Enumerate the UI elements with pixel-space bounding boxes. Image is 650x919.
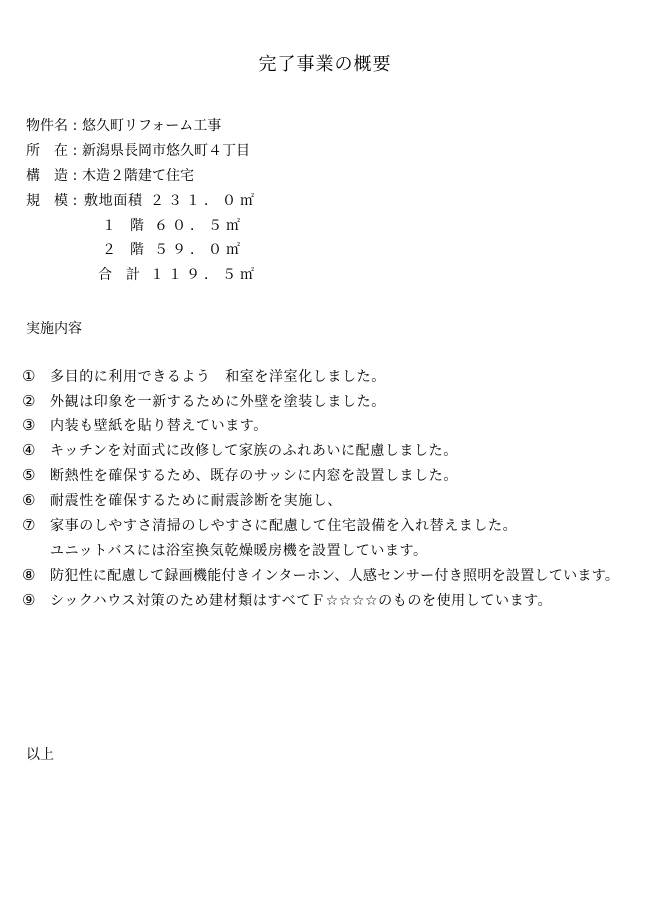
scale-row-value: ５９．０㎡ bbox=[150, 240, 240, 260]
list-item: ⑧防犯性に配慮して録画機能付きインターホン、人感センサー付き照明を設置しています… bbox=[22, 565, 619, 585]
colon: : bbox=[68, 141, 82, 161]
item-text: 家事のしやすさ清掃のしやすさに配慮して住宅設備を入れ替えました。 bbox=[50, 518, 517, 534]
property-name-row: 物件名:悠久町リフォーム工事 bbox=[26, 116, 221, 136]
scale-site-area-row: 敷地面積 ２３１．０㎡ bbox=[84, 191, 254, 211]
item-text: 防犯性に配慮して録画機能付きインターホン、人感センサー付き照明を設置しています。 bbox=[50, 568, 619, 584]
colon: : bbox=[68, 116, 82, 136]
location-row: 所 在:新潟県長岡市悠久町４丁目 bbox=[26, 141, 250, 161]
structure-row: 構 造:木造２階建て住宅 bbox=[26, 166, 194, 186]
item-number: ⑦ bbox=[22, 515, 50, 535]
item-number: ⑥ bbox=[22, 490, 50, 510]
list-item: ①多目的に利用できるよう 和室を洋室化しました。 bbox=[22, 366, 386, 386]
item-number: ② bbox=[22, 391, 50, 411]
closing-text: 以上 bbox=[26, 744, 54, 764]
item-number: ⑤ bbox=[22, 465, 50, 485]
item-text: 多目的に利用できるよう 和室を洋室化しました。 bbox=[50, 369, 386, 385]
section-heading: 実施内容 bbox=[26, 318, 82, 338]
colon: : bbox=[68, 166, 82, 186]
list-item: ⑨シックハウス対策のため建材類はすべてＦ☆☆☆☆のものを使用しています。 bbox=[22, 590, 552, 610]
scale-row-value: １１９．５㎡ bbox=[150, 265, 252, 285]
scale-label: 規 模 bbox=[26, 191, 68, 211]
location-label: 所 在 bbox=[26, 141, 68, 161]
scale-floor1-row: １ 階 ６０．５㎡ bbox=[102, 216, 254, 236]
document-page: 完了事業の概要 物件名:悠久町リフォーム工事 所 在:新潟県長岡市悠久町４丁目 … bbox=[0, 0, 650, 919]
scale-row-value: ６０．５㎡ bbox=[150, 216, 240, 236]
scale-row-label: １ 階 bbox=[102, 216, 138, 236]
list-item: ④キッチンを対面式に改修して家族のふれあいに配慮しました。 bbox=[22, 440, 458, 460]
item-number: ④ bbox=[22, 440, 50, 460]
square-meter-unit: ㎡ bbox=[226, 242, 240, 258]
item-text: 耐震性を確保するために耐震診断を実施し、 bbox=[50, 493, 342, 509]
list-item: ⑦家事のしやすさ清掃のしやすさに配慮して住宅設備を入れ替えました。 bbox=[22, 515, 517, 535]
item-text: 外観は印象を一新するために外壁を塗装しました。 bbox=[50, 394, 386, 410]
colon: : bbox=[68, 191, 82, 211]
document-title: 完了事業の概要 bbox=[0, 50, 650, 76]
item-number: ① bbox=[22, 366, 50, 386]
property-name-value: 悠久町リフォーム工事 bbox=[82, 118, 221, 134]
scale-row-value: ２３１．０㎡ bbox=[150, 191, 240, 211]
square-meter-unit: ㎡ bbox=[240, 193, 254, 209]
location-value: 新潟県長岡市悠久町４丁目 bbox=[82, 143, 250, 159]
scale-floor2-row: ２ 階 ５９．０㎡ bbox=[102, 240, 254, 260]
item-text: キッチンを対面式に改修して家族のふれあいに配慮しました。 bbox=[50, 443, 458, 459]
scale-total-row: 合 計 １１９．５㎡ bbox=[98, 265, 254, 285]
scale-row-label: 合 計 bbox=[98, 265, 140, 285]
list-item-continuation: ユニットバスには浴室換気乾燥暖房機を設置しています。 bbox=[50, 540, 428, 560]
scale-row-label: ２ 階 bbox=[102, 240, 138, 260]
list-item: ⑤断熱性を確保するため、既存のサッシに内窓を設置しました。 bbox=[22, 465, 458, 485]
square-meter-unit: ㎡ bbox=[226, 218, 240, 234]
square-meter-unit: ㎡ bbox=[240, 267, 254, 283]
item-text: 断熱性を確保するため、既存のサッシに内窓を設置しました。 bbox=[50, 468, 458, 484]
list-item: ②外観は印象を一新するために外壁を塗装しました。 bbox=[22, 391, 386, 411]
property-name-label: 物件名 bbox=[26, 116, 68, 136]
item-text: 内装も壁紙を貼り替えています。 bbox=[50, 418, 268, 434]
list-item: ③内装も壁紙を貼り替えています。 bbox=[22, 415, 268, 435]
list-item: ⑥耐震性を確保するために耐震診断を実施し、 bbox=[22, 490, 342, 510]
item-text: シックハウス対策のため建材類はすべてＦ☆☆☆☆のものを使用しています。 bbox=[50, 593, 552, 609]
scale-row: 規 模: bbox=[26, 191, 82, 211]
structure-value: 木造２階建て住宅 bbox=[82, 168, 194, 184]
scale-row-label: 敷地面積 bbox=[84, 191, 142, 211]
structure-label: 構 造 bbox=[26, 166, 68, 186]
item-number: ③ bbox=[22, 415, 50, 435]
item-number: ⑨ bbox=[22, 590, 50, 610]
item-number: ⑧ bbox=[22, 565, 50, 585]
